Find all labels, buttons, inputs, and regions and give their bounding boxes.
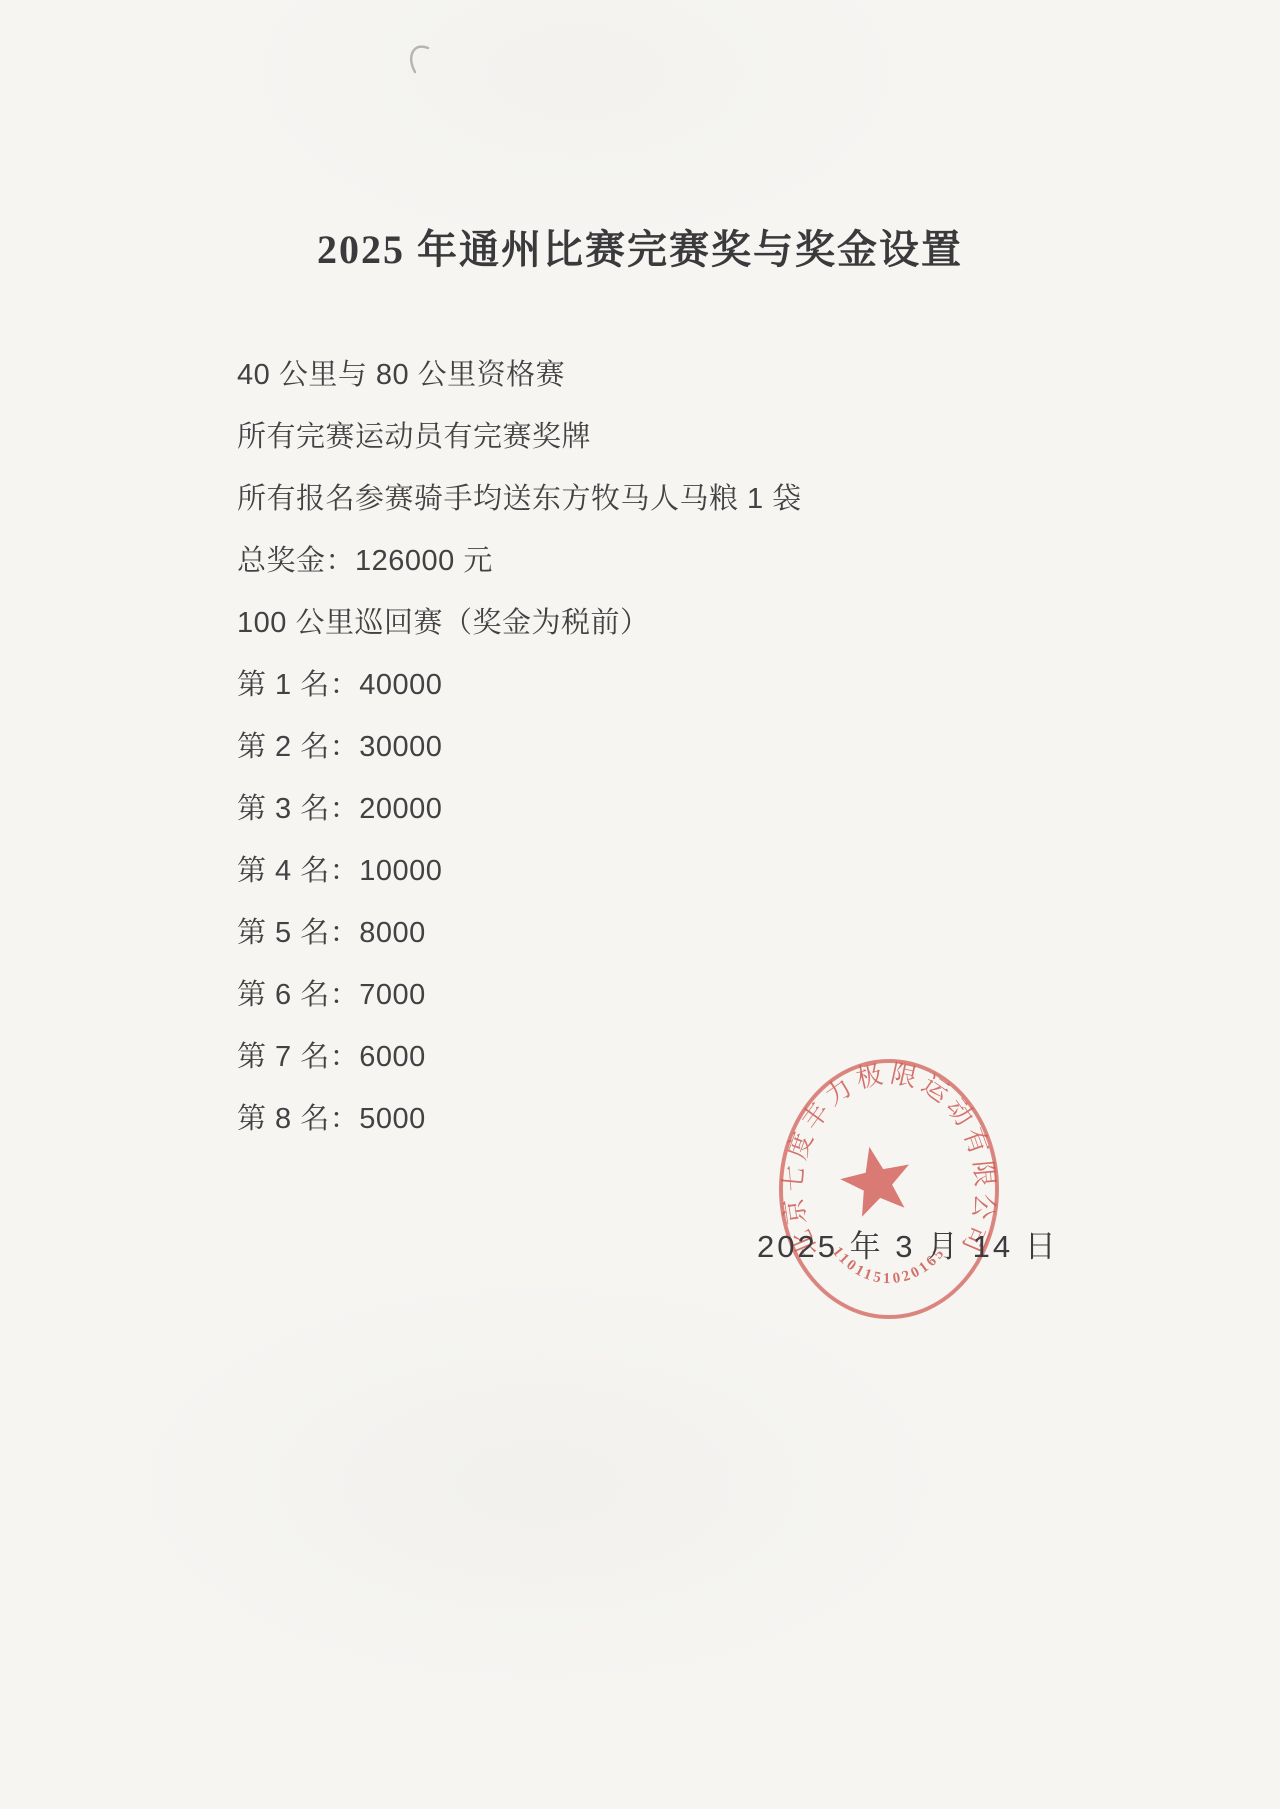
body-line-total-prize: 总奖金：126000 元: [237, 538, 997, 600]
prize-rank-2: 第 2 名：30000: [237, 724, 997, 786]
body-line-qualifier: 40 公里与 80 公里资格赛: [237, 352, 997, 414]
body-line-horse-feed: 所有报名参赛骑手均送东方牧马人马粮 1 袋: [237, 476, 997, 538]
prize-rank-1: 第 1 名：40000: [237, 662, 997, 724]
scan-artifact-curve: [400, 40, 444, 86]
document-body: 40 公里与 80 公里资格赛 所有完赛运动员有完赛奖牌 所有报名参赛骑手均送东…: [237, 352, 997, 1158]
company-seal-stamp: 北京七度丰力极限运动有限公司 1101151020165: [775, 1054, 1003, 1324]
document-date: 2025 年 3 月 14 日: [757, 1221, 1059, 1266]
prize-rank-5: 第 5 名：8000: [237, 910, 997, 972]
prize-rank-3: 第 3 名：20000: [237, 786, 997, 848]
prize-rank-4: 第 4 名：10000: [237, 848, 997, 910]
body-line-tour-race: 100 公里巡回赛（奖金为税前）: [237, 600, 997, 662]
document-title: 2025 年通州比赛完赛奖与奖金设置: [0, 218, 1280, 275]
scanned-document-page: 2025 年通州比赛完赛奖与奖金设置 40 公里与 80 公里资格赛 所有完赛运…: [0, 0, 1280, 1809]
body-line-medal: 所有完赛运动员有完赛奖牌: [237, 414, 997, 476]
prize-rank-6: 第 6 名：7000: [237, 972, 997, 1034]
star-icon: [840, 1147, 909, 1217]
